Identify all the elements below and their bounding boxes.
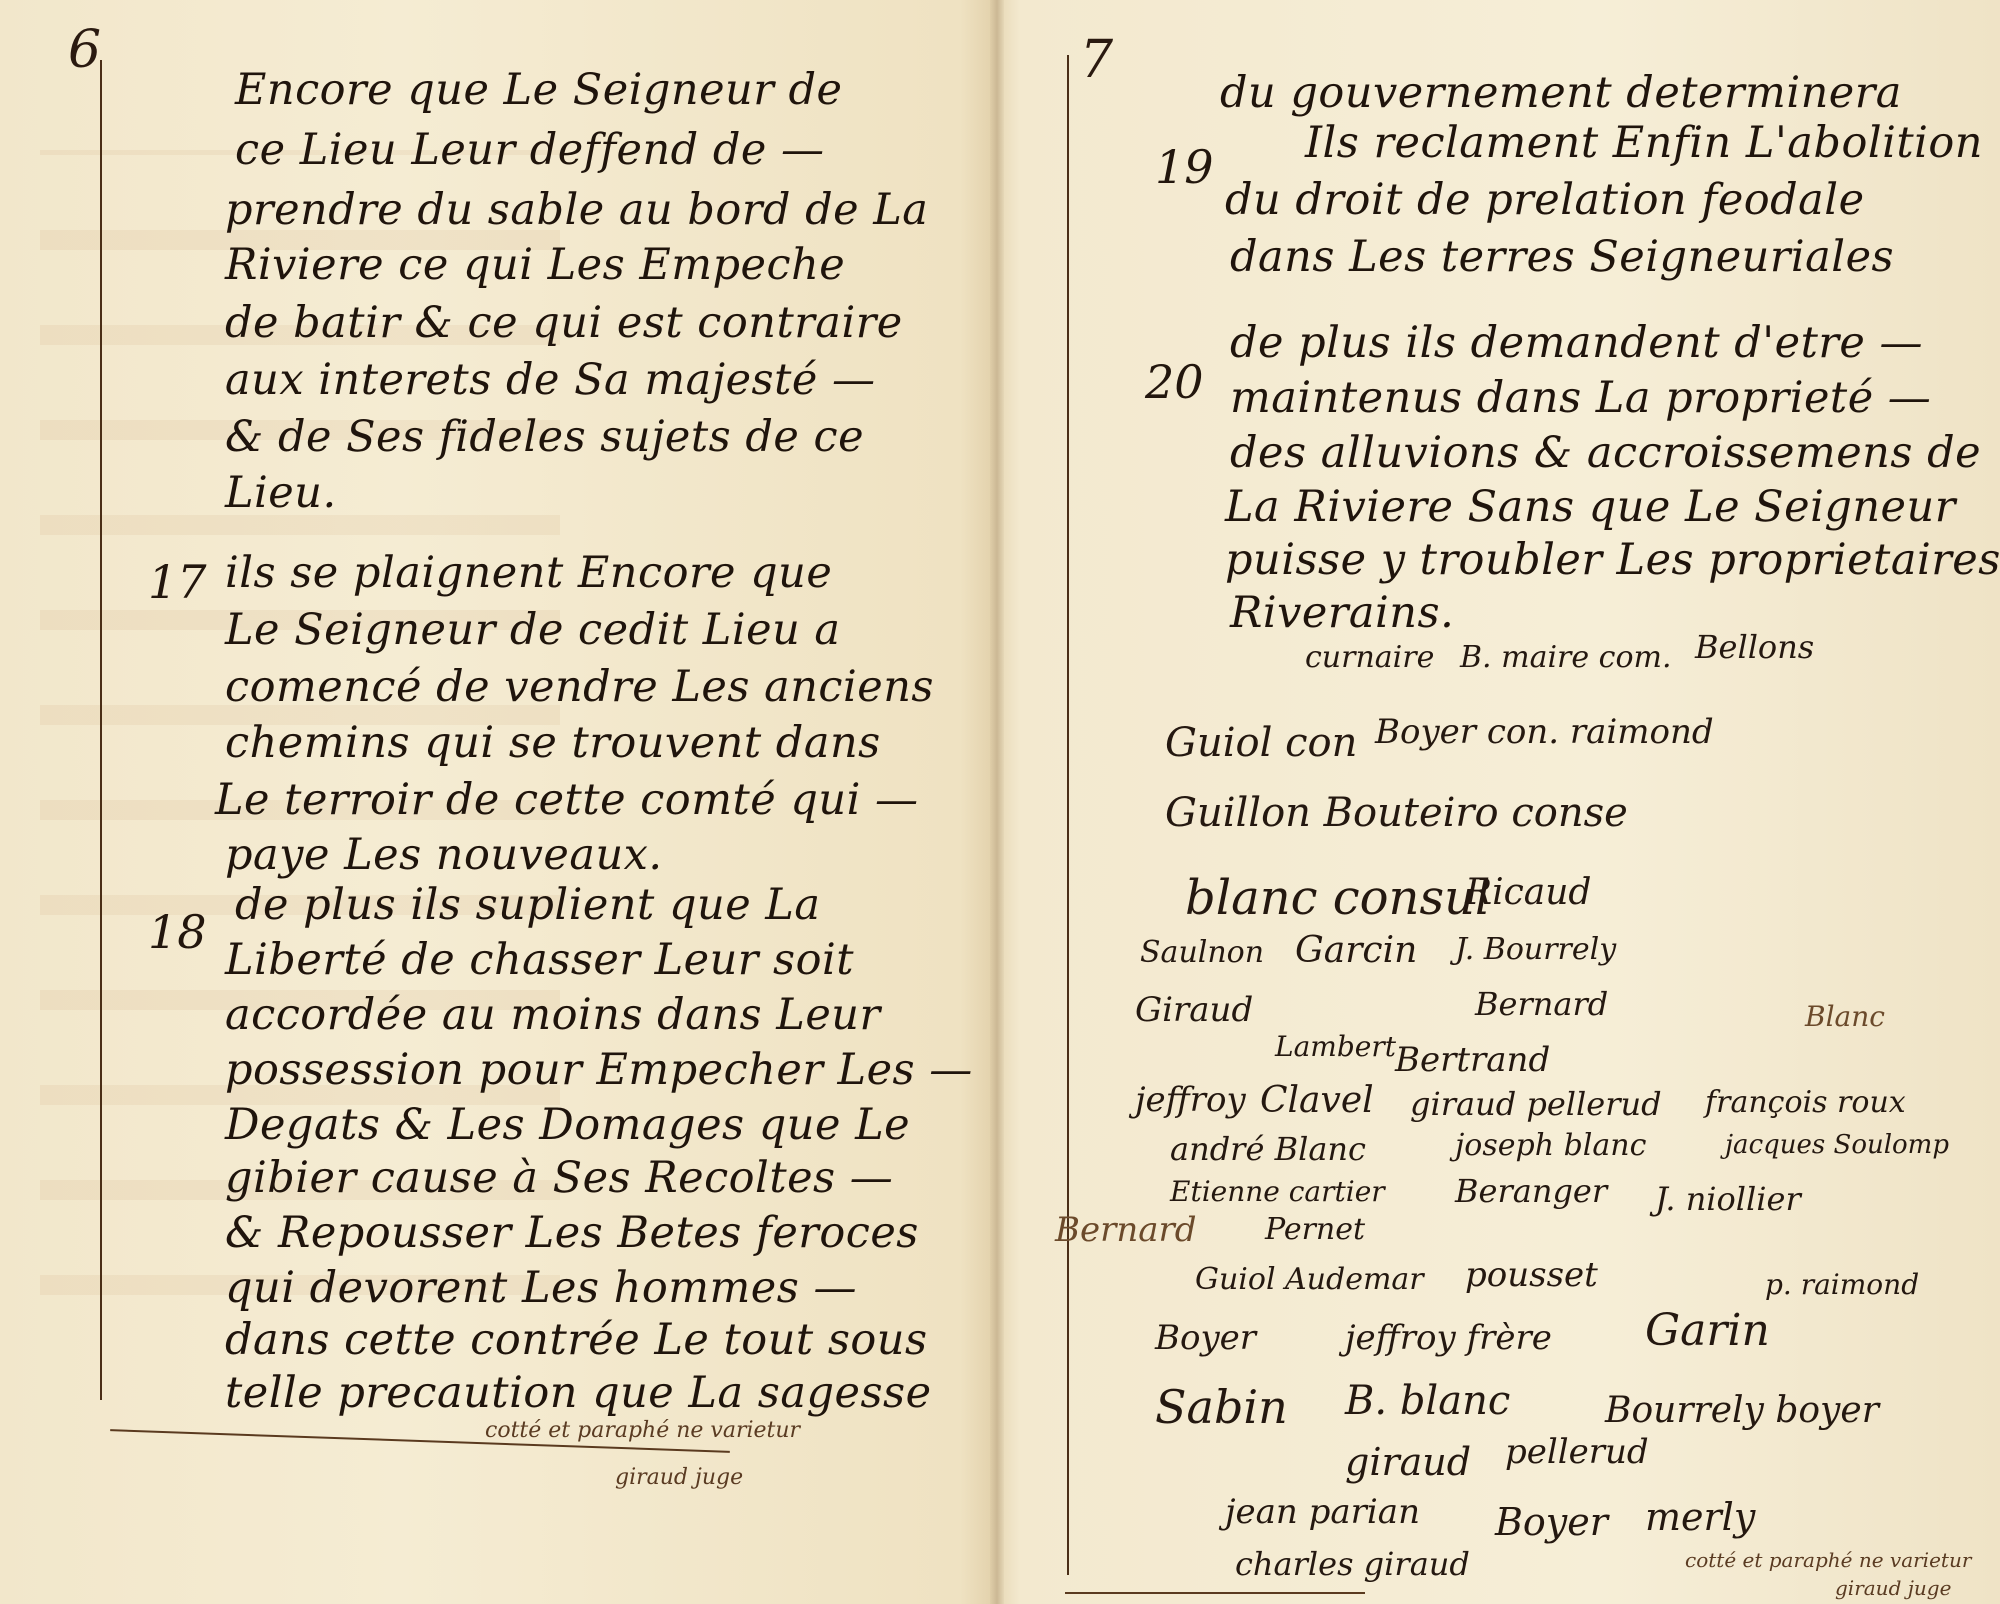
signature: p. raimond [1765,1268,1919,1301]
text-line: dans cette contrée Le tout sous [225,1315,928,1365]
signature: J. Bourrely [1455,932,1616,967]
text-line: qui devorent Les hommes — [225,1263,857,1313]
signature: Giraud [1135,990,1253,1030]
article-number: 17 [148,555,207,609]
text-line: ils se plaignent Encore que [225,548,832,598]
text-line: maintenus dans La proprieté — [1230,373,1931,423]
text-line: Le terroir de cette comté qui — [215,775,919,825]
signature: Boyer [1155,1318,1256,1358]
certification-note: cotté et paraphé ne varietur [485,1418,800,1443]
text-line: Riviere ce qui Les Empeche [225,240,845,290]
text-line: accordée au moins dans Leur [225,990,881,1040]
signature: pousset [1465,1255,1598,1295]
judge-signature: giraud juge [1835,1576,1951,1600]
signature: pellerud [1505,1432,1649,1472]
text-line: Riverains. [1230,588,1454,638]
text-line: puisse y troubler Les proprietaires [1225,535,2000,585]
right-closing-rule [1065,1592,1365,1594]
signature: Ricaud [1465,872,1591,913]
signature: Bernard [1055,1210,1197,1250]
signature: Bellons [1695,628,1814,666]
right-page: 7 du gouvernement determinera 19 Ils rec… [1005,0,2000,1604]
signature: blanc consul [1185,870,1490,926]
text-line: Ils reclament Enfin L'abolition [1305,118,1983,168]
page-number: 6 [68,20,101,80]
signature: Bernard [1475,985,1608,1023]
signature: Sabin [1155,1380,1288,1434]
signature: Saulnon [1140,935,1264,970]
text-line: chemins qui se trouvent dans [225,718,881,768]
text-line: paye Les nouveaux. [225,830,663,880]
signature: jeffroy frère [1345,1318,1552,1358]
text-line: ce Lieu Leur deffend de — [235,125,825,175]
signature: jean parian [1225,1492,1420,1532]
page-number: 7 [1080,30,1113,90]
certification-note: cotté et paraphé ne varietur [1685,1548,1971,1572]
left-margin-rule [100,60,102,1400]
text-line: Encore que Le Seigneur de [235,65,842,115]
signature: giraud pellerud [1410,1085,1662,1123]
signature: Clavel [1260,1080,1374,1121]
signature: curnaire [1305,640,1434,675]
signature: J. niollier [1655,1180,1801,1218]
signature: joseph blanc [1455,1128,1646,1163]
text-line: de plus ils demandent d'etre — [1230,318,1923,368]
signature: B. maire com. [1460,640,1672,675]
signature: Beranger [1455,1172,1607,1210]
manuscript-spread: 6 Encore que Le Seigneur de ce Lieu Leur… [0,0,2000,1604]
text-line: Degats & Les Domages que Le [225,1100,910,1150]
text-line: dans Les terres Seigneuriales [1230,232,1894,282]
signature: Guillon Bouteiro conse [1165,790,1628,836]
signature: françois roux [1705,1085,1906,1120]
text-line: de plus ils suplient que La [235,880,821,930]
left-page: 6 Encore que Le Seigneur de ce Lieu Leur… [0,0,995,1604]
article-number: 19 [1155,140,1214,194]
signature: Audemar [1285,1262,1424,1297]
text-line: & Repousser Les Betes feroces [225,1208,919,1258]
signature: Guiol [1195,1262,1276,1297]
text-line: La Riviere Sans que Le Seigneur [1225,482,1956,532]
text-line: Liberté de chasser Leur soit [225,935,854,985]
signature: Blanc [1805,1000,1885,1033]
signature: Lambert [1275,1030,1396,1063]
signature: andré Blanc [1170,1130,1366,1168]
text-line: possession pour Empecher Les — [225,1045,973,1095]
text-line: telle precaution que La sagesse [225,1368,932,1418]
text-line: & de Ses fideles sujets de ce [225,412,864,462]
text-line: du gouvernement determinera [1220,68,1902,118]
text-line: Lieu. [225,468,337,518]
article-number: 18 [148,905,207,959]
signature: merly [1645,1495,1755,1539]
text-line: du droit de prelation feodale [1225,175,1865,225]
signature: Garcin [1295,930,1417,971]
judge-signature: giraud juge [615,1465,743,1490]
signature: Garin [1645,1305,1770,1356]
signature: Pernet [1265,1212,1365,1247]
signature: jeffroy [1135,1080,1246,1120]
text-line: Le Seigneur de cedit Lieu a [225,605,841,655]
text-line: de batir & ce qui est contraire [225,298,903,348]
signature: Bertrand [1395,1040,1550,1080]
signature: Guiol con [1165,720,1357,766]
signature: Bourrely boyer [1605,1390,1879,1431]
signature: Boyer [1495,1500,1608,1544]
text-line: comencé de vendre Les anciens [225,662,934,712]
signature: jacques Soulomp [1725,1130,1949,1160]
text-line: prendre du sable au bord de La [225,185,928,235]
signature: B. blanc [1345,1378,1510,1424]
signature: Boyer con. raimond [1375,712,1714,752]
signature: charles giraud [1235,1545,1470,1583]
article-number: 20 [1145,355,1204,409]
text-line: des alluvions & accroissemens de [1230,428,1981,478]
signature: Etienne cartier [1170,1175,1385,1208]
text-line: gibier cause à Ses Recoltes — [225,1153,893,1203]
right-margin-rule [1067,55,1069,1575]
text-line: aux interets de Sa majesté — [225,355,876,405]
signature: giraud [1345,1440,1471,1484]
